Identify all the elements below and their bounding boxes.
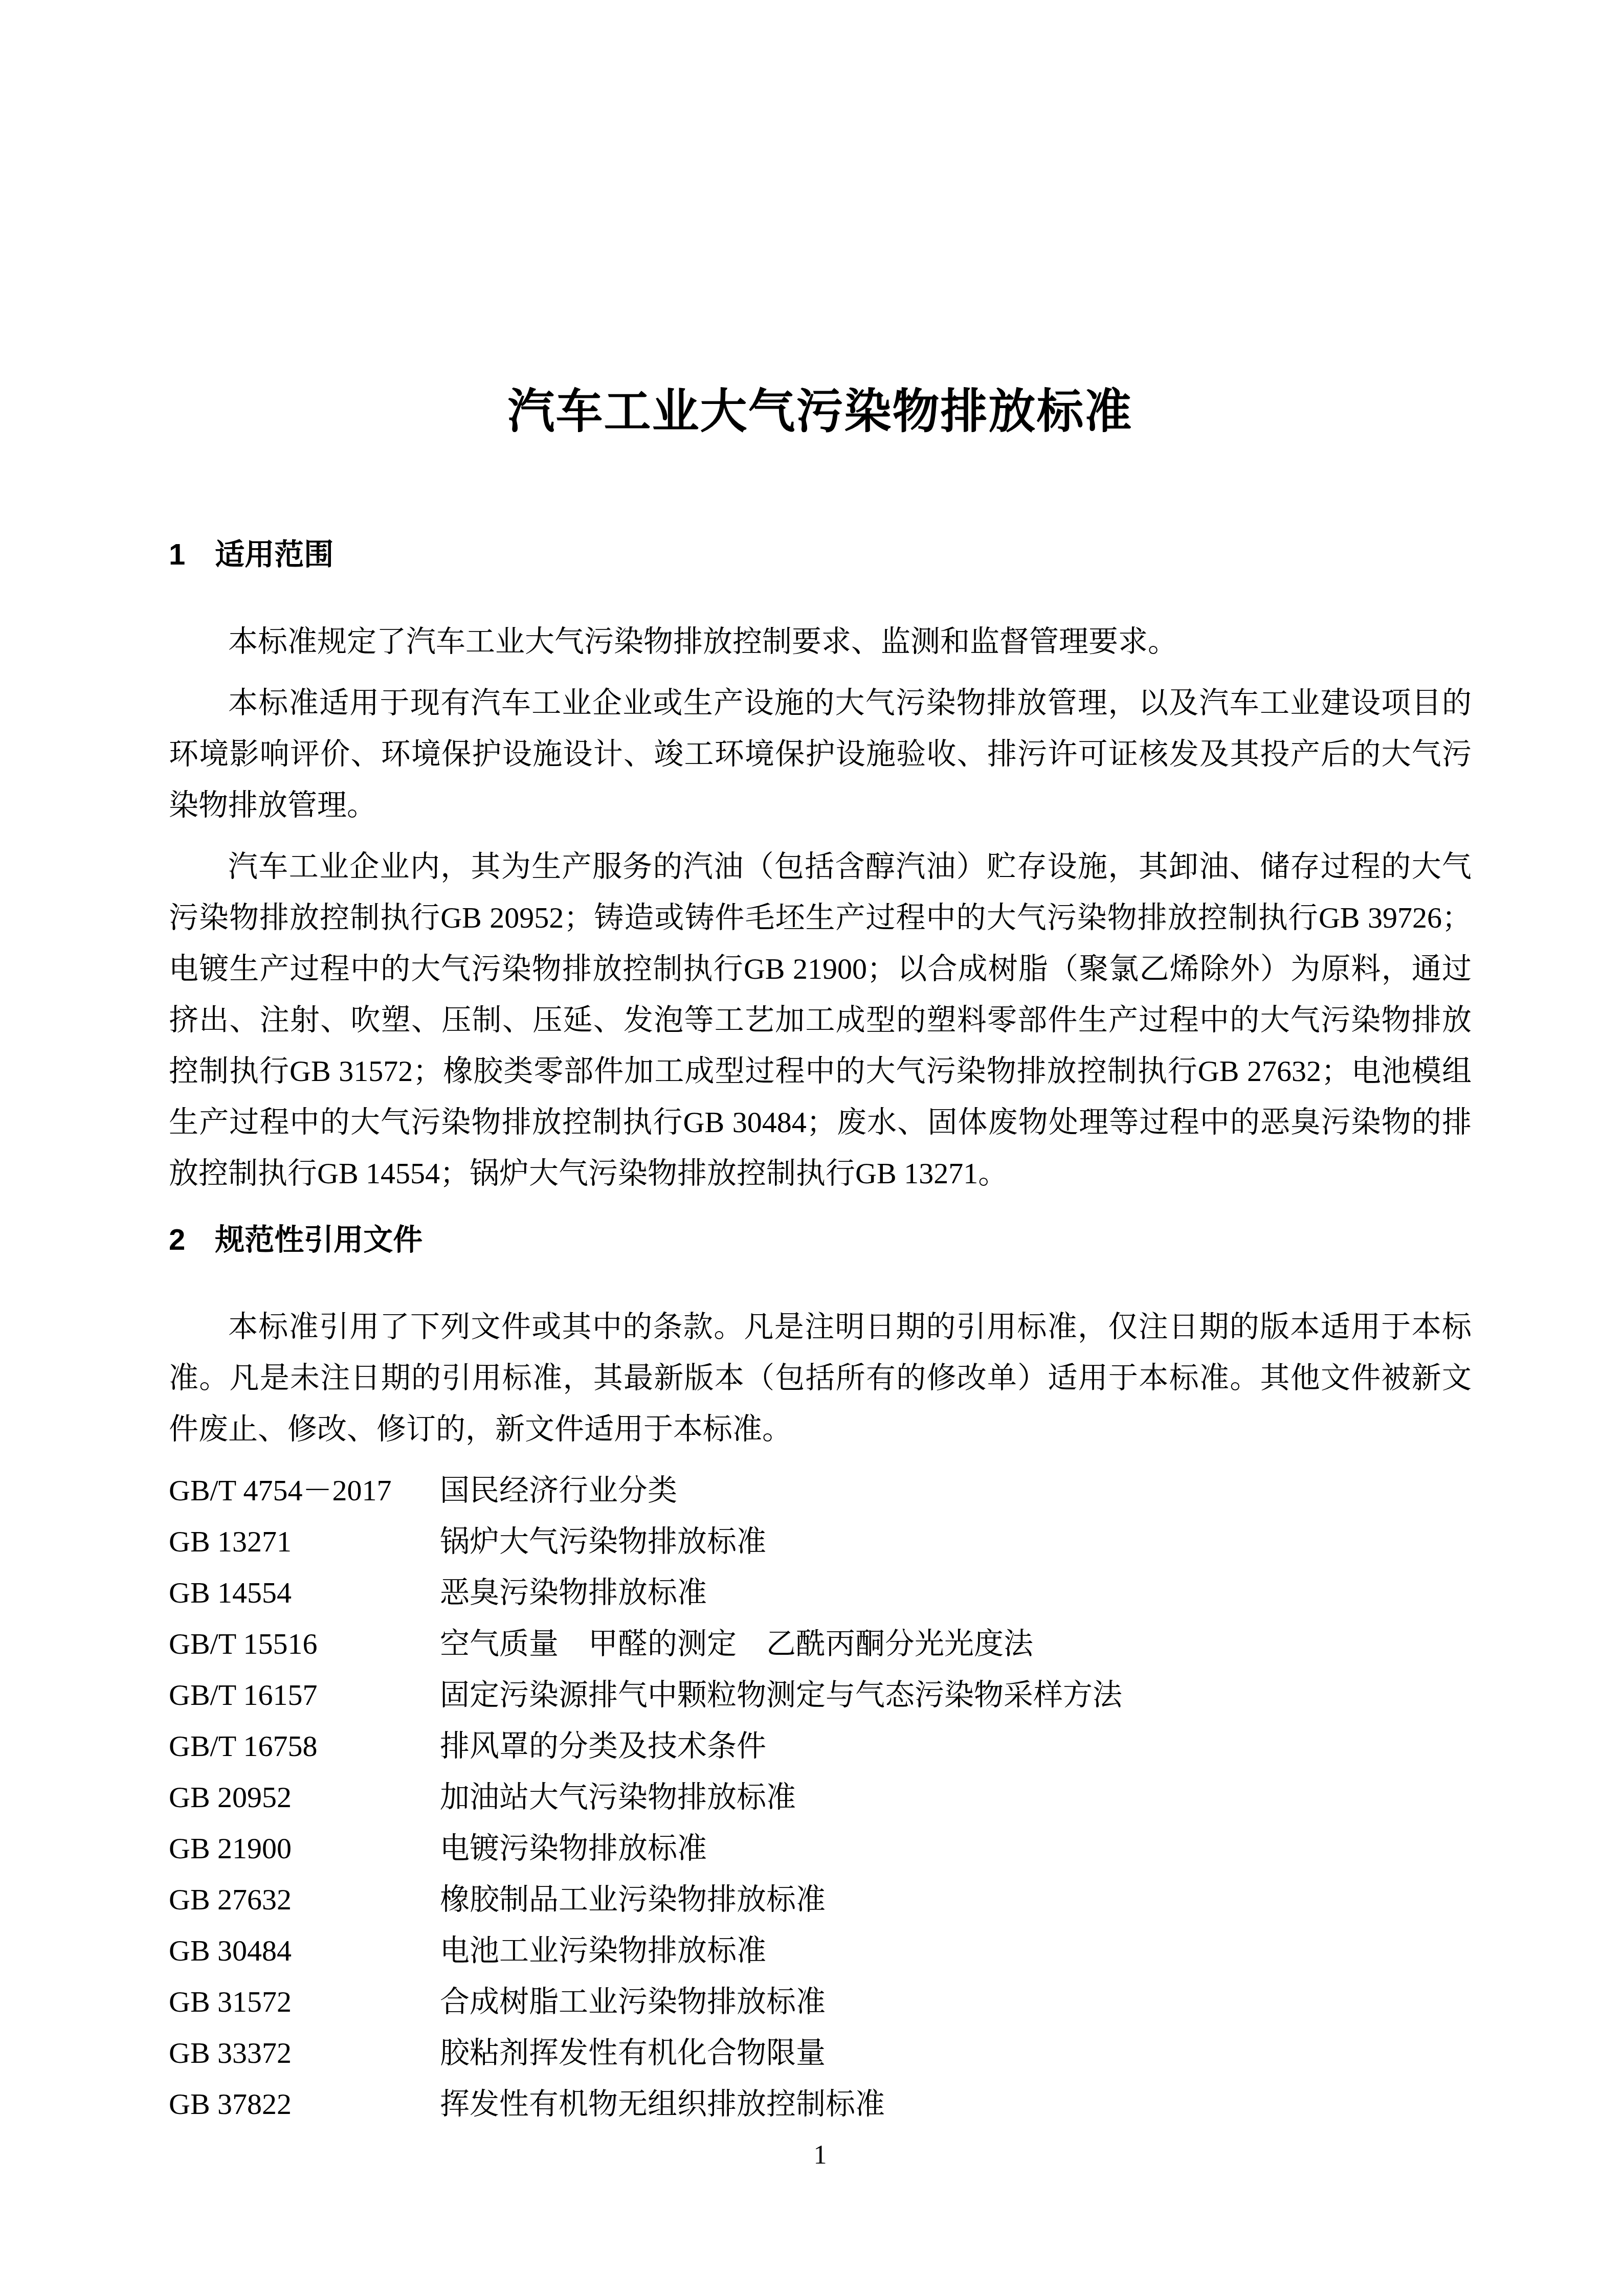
reference-code: GB 30484 — [169, 1925, 440, 1976]
reference-title: 国民经济行业分类 — [440, 1465, 1472, 1516]
section-number: 1 — [169, 534, 185, 575]
reference-title: 加油站大气污染物排放标准 — [440, 1772, 1472, 1823]
reference-title: 挥发性有机物无组织排放控制标准 — [440, 2079, 1472, 2130]
reference-code: GB 14554 — [169, 1567, 440, 1618]
document-title: 汽车工业大气污染物排放标准 — [169, 384, 1472, 440]
reference-row: GB 30484 电池工业污染物排放标准 — [169, 1925, 1472, 1976]
reference-code: GB 20952 — [169, 1772, 440, 1823]
section-heading: 2规范性引用文件 — [169, 1220, 1472, 1260]
reference-title: 排风罩的分类及技术条件 — [440, 1721, 1472, 1772]
reference-code: GB/T 4754－2017 — [169, 1465, 440, 1516]
reference-row: GB 31572 合成树脂工业污染物排放标准 — [169, 1976, 1472, 2028]
reference-row: GB/T 4754－2017 国民经济行业分类 — [169, 1465, 1472, 1516]
section: 1适用范围 本标准规定了汽车工业大气污染物排放控制要求、监测和监督管理要求。 本… — [169, 534, 1472, 1199]
reference-code: GB 33372 — [169, 2028, 440, 2079]
paragraph: 本标准适用于现有汽车工业企业或生产设施的大气污染物排放管理，以及汽车工业建设项目… — [169, 678, 1472, 831]
paragraph: 本标准规定了汽车工业大气污染物排放控制要求、监测和监督管理要求。 — [169, 616, 1472, 667]
reference-row: GB/T 15516 空气质量 甲醛的测定 乙酰丙酮分光光度法 — [169, 1618, 1472, 1670]
section-number: 2 — [169, 1220, 185, 1260]
document-page: 汽车工业大气污染物排放标准 1适用范围 本标准规定了汽车工业大气污染物排放控制要… — [0, 0, 1624, 2296]
reference-list: GB/T 4754－2017 国民经济行业分类 GB 13271 锅炉大气污染物… — [169, 1465, 1472, 2130]
reference-title: 合成树脂工业污染物排放标准 — [440, 1976, 1472, 2028]
section-paragraphs: 本标准引用了下列文件或其中的条款。凡是注明日期的引用标准，仅注日期的版本适用于本… — [169, 1301, 1472, 1455]
reference-code: GB 37822 — [169, 2079, 440, 2130]
reference-row: GB 20952 加油站大气污染物排放标准 — [169, 1772, 1472, 1823]
reference-row: GB 14554 恶臭污染物排放标准 — [169, 1567, 1472, 1618]
page-number: 1 — [169, 2140, 1472, 2171]
section: 2规范性引用文件 本标准引用了下列文件或其中的条款。凡是注明日期的引用标准，仅注… — [169, 1220, 1472, 2130]
section-heading: 1适用范围 — [169, 534, 1472, 575]
reference-code: GB/T 16758 — [169, 1721, 440, 1772]
paragraph: 本标准引用了下列文件或其中的条款。凡是注明日期的引用标准，仅注日期的版本适用于本… — [169, 1301, 1472, 1455]
reference-title: 固定污染源排气中颗粒物测定与气态污染物采样方法 — [440, 1670, 1472, 1721]
reference-row: GB/T 16157 固定污染源排气中颗粒物测定与气态污染物采样方法 — [169, 1670, 1472, 1721]
reference-title: 胶粘剂挥发性有机化合物限量 — [440, 2028, 1472, 2079]
reference-row: GB/T 16758 排风罩的分类及技术条件 — [169, 1721, 1472, 1772]
reference-row: GB 21900 电镀污染物排放标准 — [169, 1823, 1472, 1874]
paragraph: 汽车工业企业内，其为生产服务的汽油（包括含醇汽油）贮存设施，其卸油、储存过程的大… — [169, 841, 1472, 1199]
reference-title: 电池工业污染物排放标准 — [440, 1925, 1472, 1976]
reference-row: GB 33372 胶粘剂挥发性有机化合物限量 — [169, 2028, 1472, 2079]
section-paragraphs: 本标准规定了汽车工业大气污染物排放控制要求、监测和监督管理要求。 本标准适用于现… — [169, 616, 1472, 1199]
reference-code: GB 21900 — [169, 1823, 440, 1874]
section-title: 规范性引用文件 — [215, 1223, 422, 1256]
reference-row: GB 27632 橡胶制品工业污染物排放标准 — [169, 1874, 1472, 1925]
reference-row: GB 13271 锅炉大气污染物排放标准 — [169, 1516, 1472, 1567]
reference-code: GB 27632 — [169, 1874, 440, 1925]
section-title: 适用范围 — [215, 538, 333, 571]
reference-title: 橡胶制品工业污染物排放标准 — [440, 1874, 1472, 1925]
reference-title: 电镀污染物排放标准 — [440, 1823, 1472, 1874]
reference-title: 空气质量 甲醛的测定 乙酰丙酮分光光度法 — [440, 1618, 1472, 1670]
reference-title: 锅炉大气污染物排放标准 — [440, 1516, 1472, 1567]
sections-container: 1适用范围 本标准规定了汽车工业大气污染物排放控制要求、监测和监督管理要求。 本… — [169, 534, 1472, 2130]
reference-code: GB 13271 — [169, 1516, 440, 1567]
reference-row: GB 37822 挥发性有机物无组织排放控制标准 — [169, 2079, 1472, 2130]
reference-code: GB/T 15516 — [169, 1618, 440, 1670]
reference-code: GB/T 16157 — [169, 1670, 440, 1721]
reference-code: GB 31572 — [169, 1976, 440, 2028]
reference-title: 恶臭污染物排放标准 — [440, 1567, 1472, 1618]
